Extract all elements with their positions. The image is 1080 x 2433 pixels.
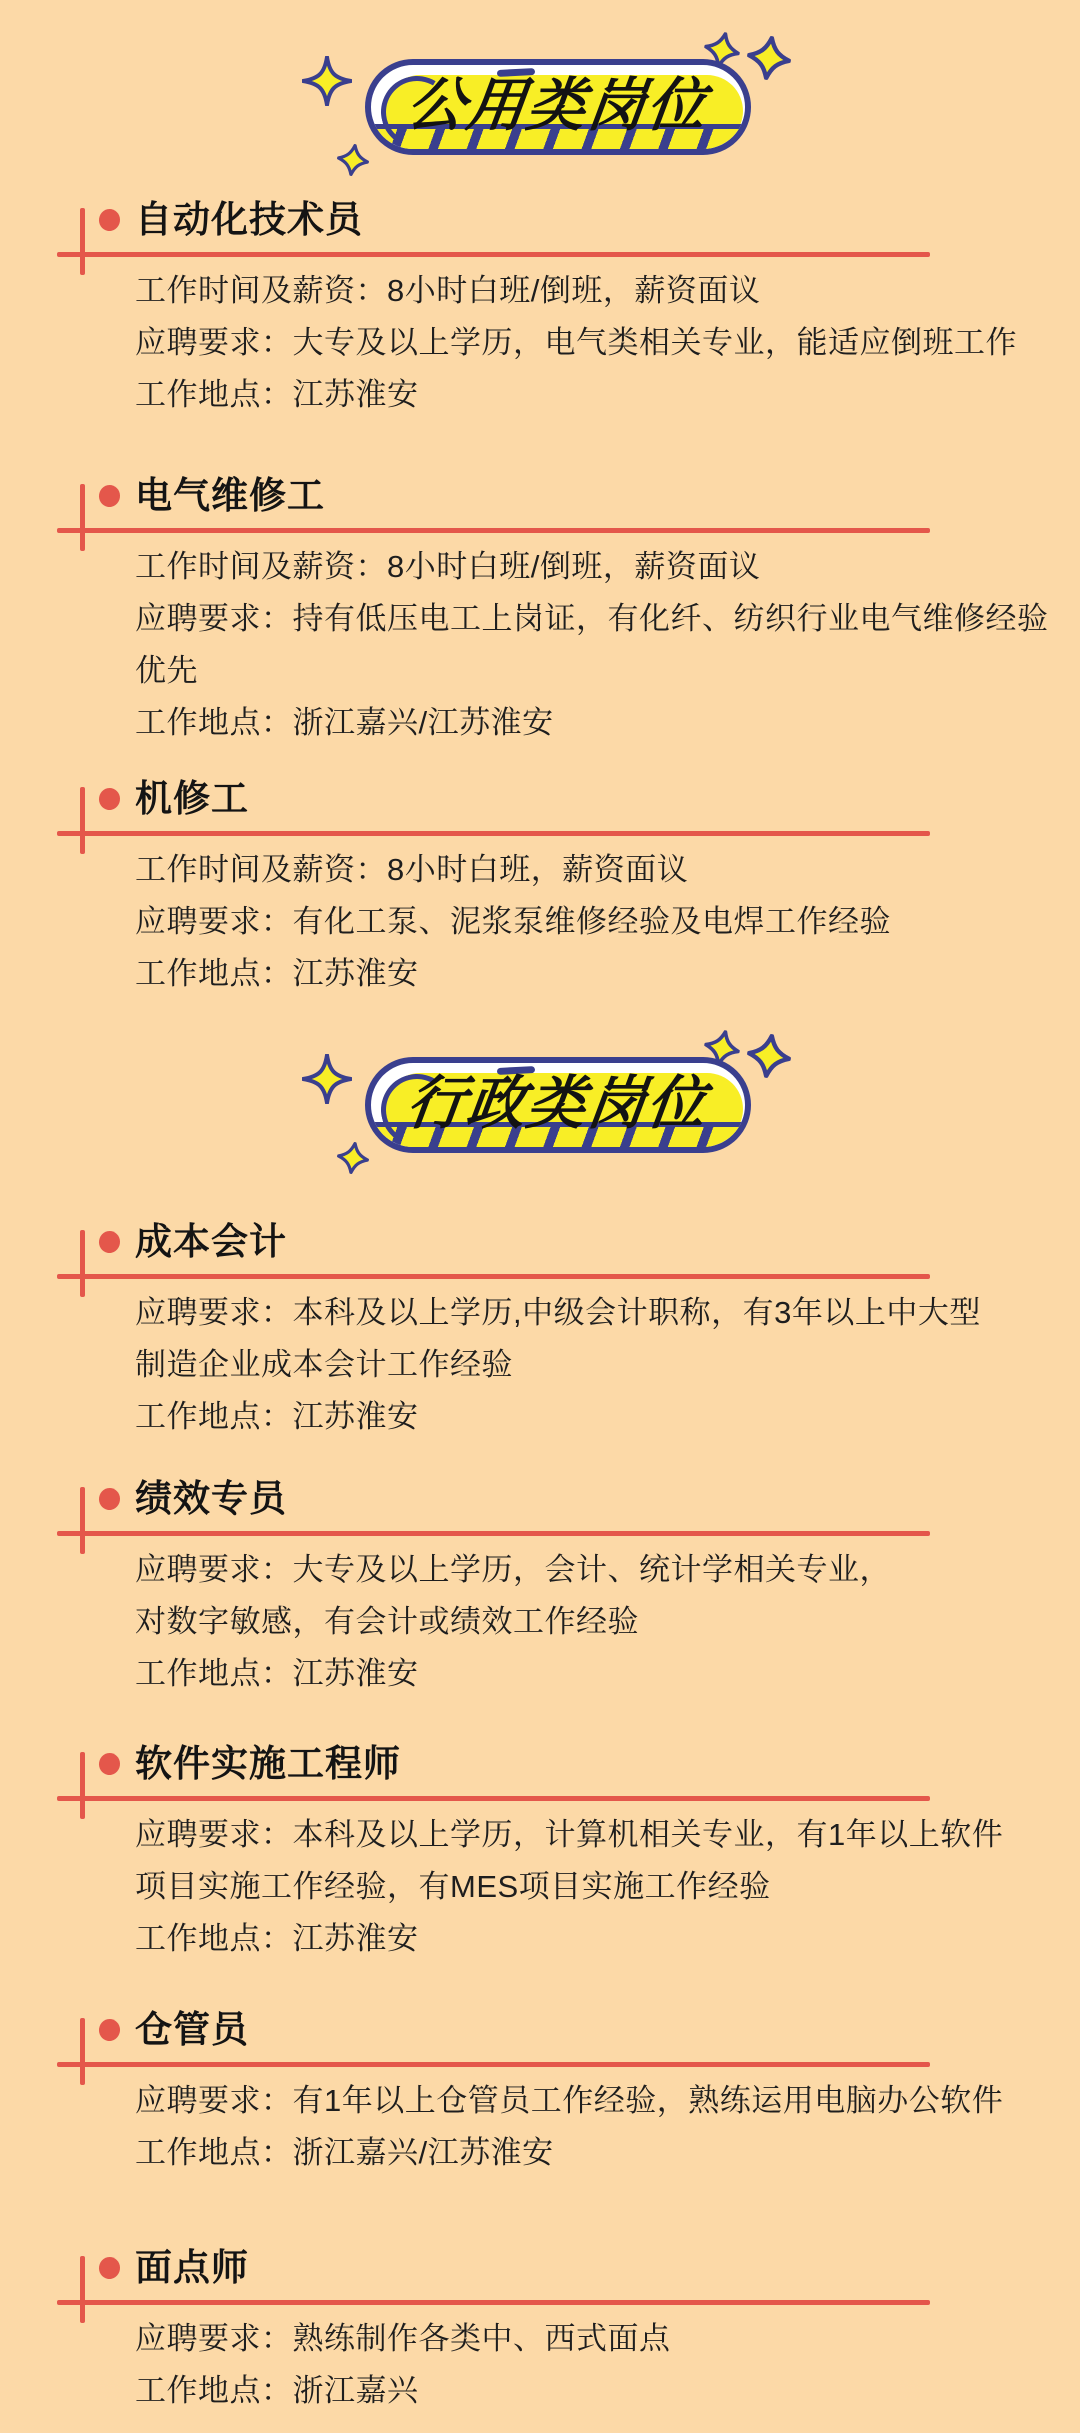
sparkle-icon bbox=[744, 33, 794, 83]
job-detail-line: 应聘要求：持有低压电工上岗证，有化纤、纺织行业电气维修经验 bbox=[135, 593, 1035, 645]
job-detail-line: 应聘要求：本科及以上学历,中级会计职称，有3年以上中大型 bbox=[135, 1287, 1035, 1339]
badge-label: 行政类岗位 bbox=[367, 1067, 749, 1129]
job-detail-line: 工作地点：江苏淮安 bbox=[135, 1391, 1035, 1443]
divider-cross-bar bbox=[80, 2256, 85, 2323]
bullet-dot-icon bbox=[97, 1486, 122, 1511]
job-detail-line: 应聘要求：熟练制作各类中、西式面点 bbox=[135, 2313, 1035, 2365]
divider-line bbox=[57, 2062, 930, 2067]
divider-cross-bar bbox=[80, 2018, 85, 2085]
job-detail-line: 工作地点：浙江嘉兴/江苏淮安 bbox=[135, 697, 1035, 749]
divider-line bbox=[57, 1796, 930, 1801]
bullet-dot-icon bbox=[97, 2017, 122, 2042]
sparkle-icon bbox=[335, 1140, 371, 1176]
divider-line bbox=[57, 2300, 930, 2305]
divider-cross-bar bbox=[80, 1487, 85, 1554]
divider-cross-bar bbox=[80, 484, 85, 551]
job-title: 自动化技术员 bbox=[135, 198, 363, 242]
section-badge: 公用类岗位 bbox=[285, 32, 805, 192]
bullet-dot-icon bbox=[97, 483, 122, 508]
divider-line bbox=[57, 528, 930, 533]
job-title: 面点师 bbox=[135, 2246, 249, 2290]
job-detail-line: 应聘要求：本科及以上学历，计算机相关专业，有1年以上软件 bbox=[135, 1809, 1035, 1861]
job-details: 应聘要求：本科及以上学历，计算机相关专业，有1年以上软件项目实施工作经验，有ME… bbox=[135, 1809, 1035, 1965]
divider-line bbox=[57, 831, 930, 836]
job-detail-line: 项目实施工作经验，有MES项目实施工作经验 bbox=[135, 1861, 1035, 1913]
job-detail-line: 应聘要求：有1年以上仓管员工作经验，熟练运用电脑办公软件 bbox=[135, 2075, 1035, 2127]
job-detail-line: 应聘要求：大专及以上学历，电气类相关专业，能适应倒班工作 bbox=[135, 317, 1035, 369]
poster-page: 公用类岗位 自动化技术员 工作时间及薪资：8小时白班/倒班，薪资面议应聘要求：大… bbox=[0, 0, 1080, 2433]
divider-cross-bar bbox=[80, 1752, 85, 1819]
bullet-dot-icon bbox=[97, 207, 122, 232]
divider-line bbox=[57, 252, 930, 257]
job-title: 电气维修工 bbox=[135, 474, 325, 518]
badge-pill: 公用类岗位 bbox=[365, 59, 751, 155]
job-title: 仓管员 bbox=[135, 2008, 249, 2052]
job-title: 机修工 bbox=[135, 777, 249, 821]
job-details: 应聘要求：熟练制作各类中、西式面点工作地点：浙江嘉兴 bbox=[135, 2313, 1035, 2417]
job-title: 成本会计 bbox=[135, 1220, 287, 1264]
job-details: 工作时间及薪资：8小时白班/倒班，薪资面议应聘要求：持有低压电工上岗证，有化纤、… bbox=[135, 541, 1035, 749]
divider-line bbox=[57, 1531, 930, 1536]
badge-label: 公用类岗位 bbox=[367, 69, 749, 131]
bullet-dot-icon bbox=[97, 1229, 122, 1254]
bullet-dot-icon bbox=[97, 2255, 122, 2280]
job-detail-line: 对数字敏感，有会计或绩效工作经验 bbox=[135, 1596, 1035, 1648]
sparkle-icon bbox=[302, 1054, 352, 1104]
job-details: 工作时间及薪资：8小时白班/倒班，薪资面议应聘要求：大专及以上学历，电气类相关专… bbox=[135, 265, 1035, 421]
job-detail-line: 应聘要求：大专及以上学历，会计、统计学相关专业， bbox=[135, 1544, 1035, 1596]
job-detail-line: 工作地点：江苏淮安 bbox=[135, 369, 1035, 421]
sparkle-icon bbox=[302, 56, 352, 106]
job-detail-line: 工作地点：浙江嘉兴 bbox=[135, 2365, 1035, 2417]
job-details: 应聘要求：有1年以上仓管员工作经验，熟练运用电脑办公软件工作地点：浙江嘉兴/江苏… bbox=[135, 2075, 1035, 2179]
bullet-dot-icon bbox=[97, 786, 122, 811]
job-detail-line: 工作时间及薪资：8小时白班，薪资面议 bbox=[135, 844, 1035, 896]
job-detail-line: 优先 bbox=[135, 645, 1035, 697]
job-detail-line: 工作地点：江苏淮安 bbox=[135, 1913, 1035, 1965]
job-detail-line: 工作时间及薪资：8小时白班/倒班，薪资面议 bbox=[135, 265, 1035, 317]
job-detail-line: 工作时间及薪资：8小时白班/倒班，薪资面议 bbox=[135, 541, 1035, 593]
job-detail-line: 工作地点：江苏淮安 bbox=[135, 1648, 1035, 1700]
job-detail-line: 工作地点：江苏淮安 bbox=[135, 948, 1035, 1000]
badge-pill: 行政类岗位 bbox=[365, 1057, 751, 1153]
job-detail-line: 制造企业成本会计工作经验 bbox=[135, 1339, 1035, 1391]
job-details: 应聘要求：大专及以上学历，会计、统计学相关专业，对数字敏感，有会计或绩效工作经验… bbox=[135, 1544, 1035, 1700]
job-title: 软件实施工程师 bbox=[135, 1742, 401, 1786]
bullet-dot-icon bbox=[97, 1751, 122, 1776]
job-detail-line: 工作地点：浙江嘉兴/江苏淮安 bbox=[135, 2127, 1035, 2179]
job-details: 工作时间及薪资：8小时白班，薪资面议应聘要求：有化工泵、泥浆泵维修经验及电焊工作… bbox=[135, 844, 1035, 1000]
sparkle-icon bbox=[744, 1031, 794, 1081]
divider-line bbox=[57, 1274, 930, 1279]
job-detail-line: 应聘要求：有化工泵、泥浆泵维修经验及电焊工作经验 bbox=[135, 896, 1035, 948]
job-details: 应聘要求：本科及以上学历,中级会计职称，有3年以上中大型制造企业成本会计工作经验… bbox=[135, 1287, 1035, 1443]
divider-cross-bar bbox=[80, 1230, 85, 1297]
divider-cross-bar bbox=[80, 208, 85, 275]
section-badge: 行政类岗位 bbox=[285, 1030, 805, 1190]
divider-cross-bar bbox=[80, 787, 85, 854]
job-title: 绩效专员 bbox=[135, 1477, 287, 1521]
sparkle-icon bbox=[335, 142, 371, 178]
